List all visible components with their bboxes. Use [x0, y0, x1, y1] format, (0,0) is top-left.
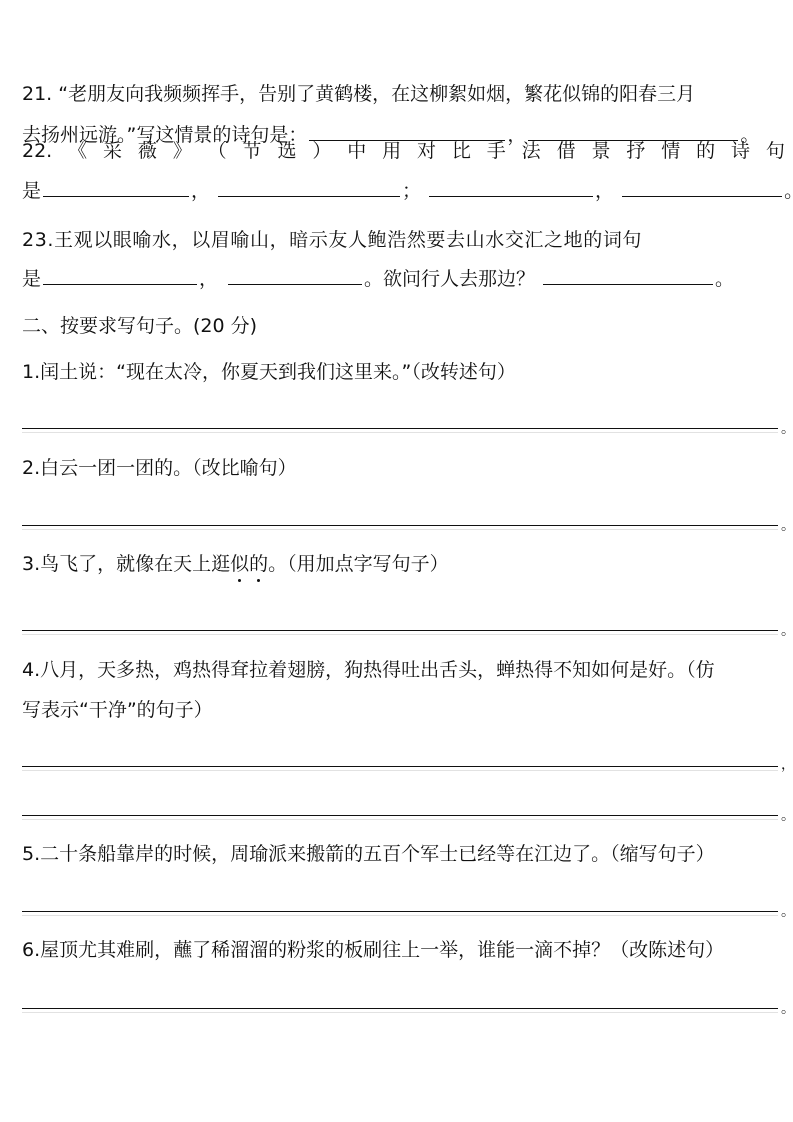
char: ）	[312, 139, 331, 163]
char: 采	[103, 139, 122, 163]
section-heading: 二、按要求写句子。(20 分)	[22, 314, 779, 338]
answer-line-5[interactable]	[22, 911, 778, 912]
answer-line-6[interactable]	[22, 1008, 778, 1009]
end-mark-4a: ，	[781, 758, 793, 772]
question-22-prompt: 是，；，。	[22, 178, 779, 203]
end-mark-6: 。	[781, 1002, 793, 1016]
answer-blank-22-1[interactable]	[43, 178, 189, 197]
item-6-text: 6.屋顶尤其难刷，蘸了稀溜溜的粉浆的板刷往上一举，谁能一滴不掉？（改陈述句）	[22, 938, 779, 962]
answer-line-3[interactable]	[22, 630, 778, 631]
char: 22.	[22, 139, 52, 163]
answer-blank-23-2[interactable]	[228, 266, 362, 285]
dotted-char-2: 的	[249, 552, 268, 576]
char: 节	[243, 139, 262, 163]
char: 的	[696, 139, 715, 163]
answer-line-2[interactable]	[22, 525, 778, 526]
char: 诗	[731, 139, 750, 163]
question-21-text: 21. “老朋友向我频频挥手，告别了黄鹤楼，在这柳絮如烟，繁花似锦的阳春三月	[22, 82, 779, 106]
char: 抒	[626, 139, 645, 163]
dotted-char-1: 似	[230, 552, 249, 576]
char: 中	[347, 139, 366, 163]
period: 。	[715, 268, 734, 290]
char: 手	[487, 139, 506, 163]
char: 借	[557, 139, 576, 163]
item-2-text: 2.白云一团一团的。（改比喻句）	[22, 456, 779, 480]
answer-blank-22-2[interactable]	[218, 178, 400, 197]
item-3-text-before: 3.鸟飞了，就像在天上逛	[22, 553, 230, 575]
comma: ，	[191, 180, 210, 202]
comma: ，	[199, 268, 218, 290]
item-1-text: 1.闰土说：“现在太冷，你夏天到我们这里来。”（改转述句）	[22, 360, 779, 384]
char: （	[208, 139, 227, 163]
period: 。	[784, 180, 793, 202]
char: 对	[417, 139, 436, 163]
char: 薇	[138, 139, 157, 163]
end-mark-5: 。	[781, 905, 793, 919]
question-23-prompt: 是，。欲问行人去那边？。	[22, 266, 779, 291]
item-4-text-line2: 写表示“干净”的句子）	[22, 698, 779, 722]
char: 选	[277, 139, 296, 163]
question-22-text: 22. 《 采 薇 》 （ 节 选 ） 中 用 对 比 手 法 借 景 抒 情 …	[22, 139, 785, 163]
end-mark-1: 。	[781, 422, 793, 436]
end-mark-2: 。	[781, 519, 793, 533]
answer-line-4b[interactable]	[22, 815, 778, 816]
item-3-text-after: 。（用加点字写句子）	[268, 553, 449, 575]
answer-blank-22-3[interactable]	[429, 178, 593, 197]
char: 《	[68, 139, 87, 163]
answer-line-4a[interactable]	[22, 766, 778, 767]
char: 比	[452, 139, 471, 163]
item-4-text-line1: 4.八月，天多热，鸡热得耷拉着翅膀，狗热得吐出舌头，蝉热得不知如何是好。（仿	[22, 658, 779, 682]
item-3-text: 3.鸟飞了，就像在天上逛似的。（用加点字写句子）	[22, 552, 779, 576]
answer-blank-23-1[interactable]	[43, 266, 197, 285]
char: 》	[173, 139, 192, 163]
item-5-text: 5.二十条船靠岸的时候，周瑜派来搬箭的五百个军士已经等在江边了。（缩写句子）	[22, 842, 779, 866]
question-22-prefix: 是	[22, 180, 41, 202]
char: 情	[661, 139, 680, 163]
end-mark-4b: 。	[781, 809, 793, 823]
answer-blank-23-3[interactable]	[543, 266, 713, 285]
end-mark-3: 。	[781, 624, 793, 638]
question-23-prefix: 是	[22, 268, 41, 290]
answer-line-1[interactable]	[22, 428, 778, 429]
char: 句	[766, 139, 785, 163]
question-23-text: 23.王观以眼喻水，以眉喻山，暗示友人鲍浩然要去山水交汇之地的词句	[22, 228, 779, 252]
semicolon: ；	[402, 180, 421, 202]
char: 景	[591, 139, 610, 163]
char: 用	[382, 139, 401, 163]
comma: ，	[595, 180, 614, 202]
char: 法	[522, 139, 541, 163]
answer-blank-22-4[interactable]	[622, 178, 782, 197]
question-23-mid: 。欲问行人去那边？	[364, 268, 535, 290]
